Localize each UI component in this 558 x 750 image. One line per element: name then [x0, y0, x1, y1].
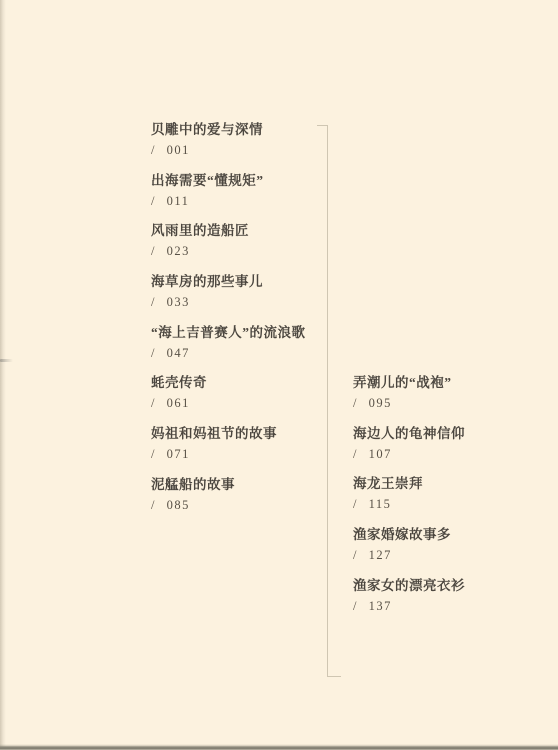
divider-bottom-tick	[328, 676, 341, 677]
toc-entry-title: 渔家婚嫁故事多	[353, 526, 528, 543]
toc-entry-title: 贝雕中的爱与深情	[151, 121, 326, 138]
toc-entry-page: / 023	[151, 244, 326, 259]
page-bottom-edge	[0, 744, 558, 750]
toc-entry: “海上吉普赛人”的流浪歌 / 047	[151, 324, 326, 375]
book-toc-page: 贝雕中的爱与深情 / 001 出海需要“懂规矩” / 011 风雨里的造船匠 /…	[0, 0, 558, 750]
toc-entry-page: / 001	[151, 143, 326, 158]
toc-entry-title: 海龙王崇拜	[353, 475, 528, 492]
toc-entry-page: / 107	[353, 447, 528, 462]
toc-entry-page: / 137	[353, 599, 528, 614]
toc-entry-page: / 047	[151, 346, 326, 361]
toc-left-column: 贝雕中的爱与深情 / 001 出海需要“懂规矩” / 011 风雨里的造船匠 /…	[151, 121, 326, 527]
toc-entry-page: / 095	[353, 396, 528, 411]
toc-entry: 出海需要“懂规矩” / 011	[151, 172, 326, 223]
toc-entry-page: / 071	[151, 447, 326, 462]
toc-entry: 妈祖和妈祖节的故事 / 071	[151, 425, 326, 476]
toc-entry: 风雨里的造船匠 / 023	[151, 222, 326, 273]
toc-entry: 蚝壳传奇 / 061	[151, 374, 326, 425]
toc-entry-title: 渔家女的漂亮衣衫	[353, 577, 528, 594]
toc-entry-title: “海上吉普赛人”的流浪歌	[151, 324, 326, 341]
toc-entry: 海边人的龟神信仰 / 107	[353, 425, 528, 476]
column-divider-line	[327, 125, 328, 677]
toc-entry-title: 海草房的那些事儿	[151, 273, 326, 290]
toc-entry: 海龙王崇拜 / 115	[353, 475, 528, 526]
toc-entry: 海草房的那些事儿 / 033	[151, 273, 326, 324]
left-margin-mark	[0, 359, 13, 362]
toc-entry-page: / 061	[151, 396, 326, 411]
toc-entry: 渔家女的漂亮衣衫 / 137	[353, 577, 528, 628]
page-left-edge-shadow	[0, 0, 6, 750]
toc-entry-page: / 011	[151, 194, 326, 209]
toc-entry-page: / 085	[151, 498, 326, 513]
toc-entry: 贝雕中的爱与深情 / 001	[151, 121, 326, 172]
toc-entry-title: 出海需要“懂规矩”	[151, 172, 326, 189]
toc-entry-page: / 115	[353, 497, 528, 512]
toc-entry-title: 泥艋船的故事	[151, 476, 326, 493]
toc-entry-title: 弄潮儿的“战袍”	[353, 374, 528, 391]
toc-entry-title: 妈祖和妈祖节的故事	[151, 425, 326, 442]
toc-entry: 泥艋船的故事 / 085	[151, 476, 326, 527]
toc-entry-title: 蚝壳传奇	[151, 374, 326, 391]
toc-entry-title: 风雨里的造船匠	[151, 222, 326, 239]
toc-entry: 弄潮儿的“战袍” / 095	[353, 374, 528, 425]
toc-entry-page: / 127	[353, 548, 528, 563]
toc-entry-title: 海边人的龟神信仰	[353, 425, 528, 442]
toc-right-column: 弄潮儿的“战袍” / 095 海边人的龟神信仰 / 107 海龙王崇拜 / 11…	[353, 374, 528, 627]
toc-entry-page: / 033	[151, 295, 326, 310]
toc-entry: 渔家婚嫁故事多 / 127	[353, 526, 528, 577]
